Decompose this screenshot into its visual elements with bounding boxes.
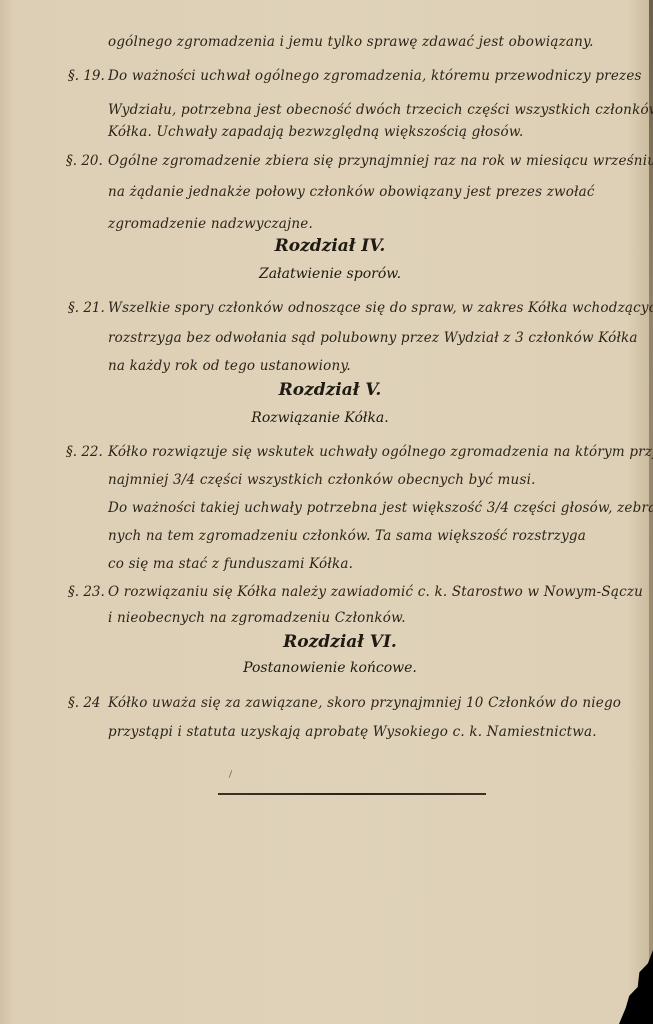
paragraph-number: §. 19. [68, 68, 105, 84]
text-line: przystąpi i statuta uzyskają aprobatę Wy… [108, 724, 597, 740]
text-line: Kółka. Uchwały zapadają bezwzględną więk… [108, 124, 523, 140]
text-line: Do ważności takiej uchwały potrzebna jes… [108, 500, 653, 516]
paragraph-number: §. 22. [66, 444, 103, 460]
chapter-heading: Rozdział IV. [230, 236, 430, 256]
text-line: Wydziału, potrzebna jest obecność dwóch … [108, 102, 653, 118]
text-line: Kółko rozwiązuje się wskutek uchwały ogó… [108, 444, 653, 460]
text-line: najmniej 3/4 części wszystkich członków … [108, 472, 536, 488]
text-line: zgromadzenie nadzwyczajne. [108, 216, 313, 232]
text-line: Wszelkie spory członków odnoszące się do… [108, 300, 653, 316]
chapter-heading: Rozdział VI. [250, 632, 430, 652]
text-line: Ogólne zgromadzenie zbiera się przynajmn… [108, 153, 653, 169]
closing-rule [218, 793, 486, 795]
text-line: nych na tem zgromadzeniu członków. Ta sa… [108, 528, 586, 544]
paragraph-number: §. 23. [68, 584, 105, 600]
torn-corner [619, 950, 653, 1024]
document-page: ogólnego zgromadzenia i jemu tylko spraw… [0, 0, 653, 1024]
chapter-heading: Rozdział V. [240, 380, 420, 400]
paragraph-number: §. 24 [68, 695, 101, 711]
chapter-title: Rozwiązanie Kółka. [220, 410, 420, 426]
text-line: Do ważności uchwał ogólnego zgromadzenia… [108, 68, 642, 84]
text-line: rozstrzyga bez odwołania sąd polubowny p… [108, 330, 638, 346]
chapter-title: Postanowienie końcowe. [220, 660, 440, 676]
text-line: na każdy rok od tego ustanowiony. [108, 358, 351, 374]
paragraph-number: §. 21. [68, 300, 105, 316]
text-line: co się ma stać z funduszami Kółka. [108, 556, 353, 572]
text-line: Kółko uważa się za zawiązane, skoro przy… [108, 695, 621, 711]
text-line: ogólnego zgromadzenia i jemu tylko spraw… [108, 34, 594, 50]
ink-mark [229, 770, 233, 778]
text-line: O rozwiązaniu się Kółka należy zawiadomi… [108, 584, 643, 600]
chapter-title: Załatwienie sporów. [230, 266, 430, 282]
text-line: i nieobecnych na zgromadzeniu Członków. [108, 610, 406, 626]
text-line: na żądanie jednakże połowy członków obow… [108, 184, 595, 200]
paragraph-number: §. 20. [66, 153, 103, 169]
